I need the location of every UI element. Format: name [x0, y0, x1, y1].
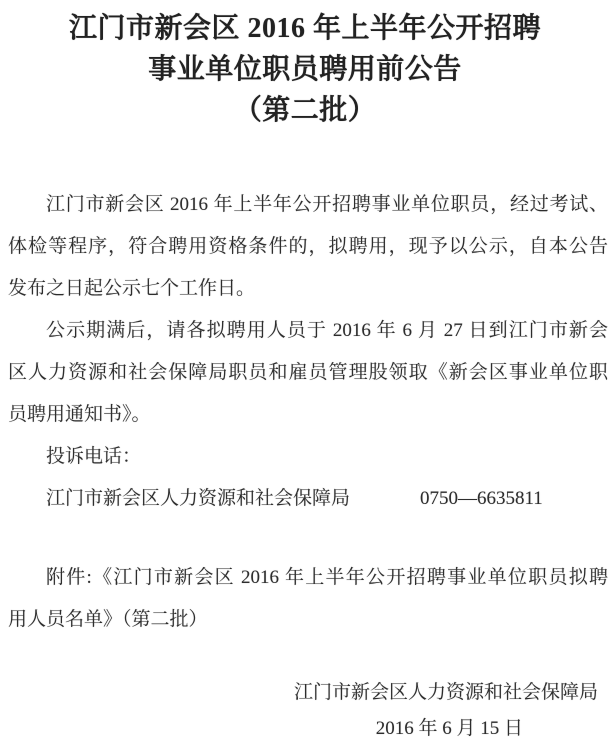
attachment-section: 附件:《江门市新会区 2016 年上半年公开招聘事业单位职员拟聘 用人员名单》（… [8, 557, 608, 641]
body-line: 员聘用通知书》。 [8, 394, 608, 436]
attachment-line: 附件:《江门市新会区 2016 年上半年公开招聘事业单位职员拟聘 [8, 557, 608, 599]
complaint-phone-number: 0750—6635811 [420, 488, 543, 509]
paragraph-announcement: 江门市新会区 2016 年上半年公开招聘事业单位职员，经过考试、 体检等程序，符… [8, 184, 608, 310]
attachment-line: 用人员名单》（第二批） [8, 599, 608, 641]
body-line: 公示期满后，请各拟聘用人员于 2016 年 6 月 27 日到江门市新会 [8, 310, 608, 352]
signature-block: 江门市新会区人力资源和社会保障局 2016 年 6 月 15 日 [8, 675, 608, 747]
title-line-2: 事业单位职员聘用前公告 [0, 49, 610, 90]
title-line-1: 江门市新会区 2016 年上半年公开招聘 [0, 8, 610, 49]
complaint-office-name: 江门市新会区人力资源和社会保障局 [46, 488, 350, 509]
complaint-phone-label: 投诉电话： [8, 436, 608, 478]
body-line: 体检等程序，符合聘用资格条件的，拟聘用，现予以公示，自本公告 [8, 226, 608, 268]
title-line-3: （第二批） [0, 90, 610, 131]
document-title: 江门市新会区 2016 年上半年公开招聘 事业单位职员聘用前公告 （第二批） [0, 0, 610, 131]
document-body: 江门市新会区 2016 年上半年公开招聘事业单位职员，经过考试、 体检等程序，符… [8, 184, 608, 747]
body-line: 发布之日起公示七个工作日。 [8, 268, 608, 310]
issue-date: 2016 年 6 月 15 日 [8, 711, 608, 747]
complaint-section: 投诉电话： 江门市新会区人力资源和社会保障局0750—6635811 [8, 436, 608, 520]
complaint-phone-line: 江门市新会区人力资源和社会保障局0750—6635811 [8, 478, 608, 520]
issuer-signature: 江门市新会区人力资源和社会保障局 [8, 675, 608, 711]
document-page: 江门市新会区 2016 年上半年公开招聘 事业单位职员聘用前公告 （第二批） 江… [0, 0, 610, 748]
body-line: 区人力资源和社会保障局职员和雇员管理股领取《新会区事业单位职 [8, 352, 608, 394]
body-line: 江门市新会区 2016 年上半年公开招聘事业单位职员，经过考试、 [8, 184, 608, 226]
paragraph-notice-pickup: 公示期满后，请各拟聘用人员于 2016 年 6 月 27 日到江门市新会 区人力… [8, 310, 608, 436]
